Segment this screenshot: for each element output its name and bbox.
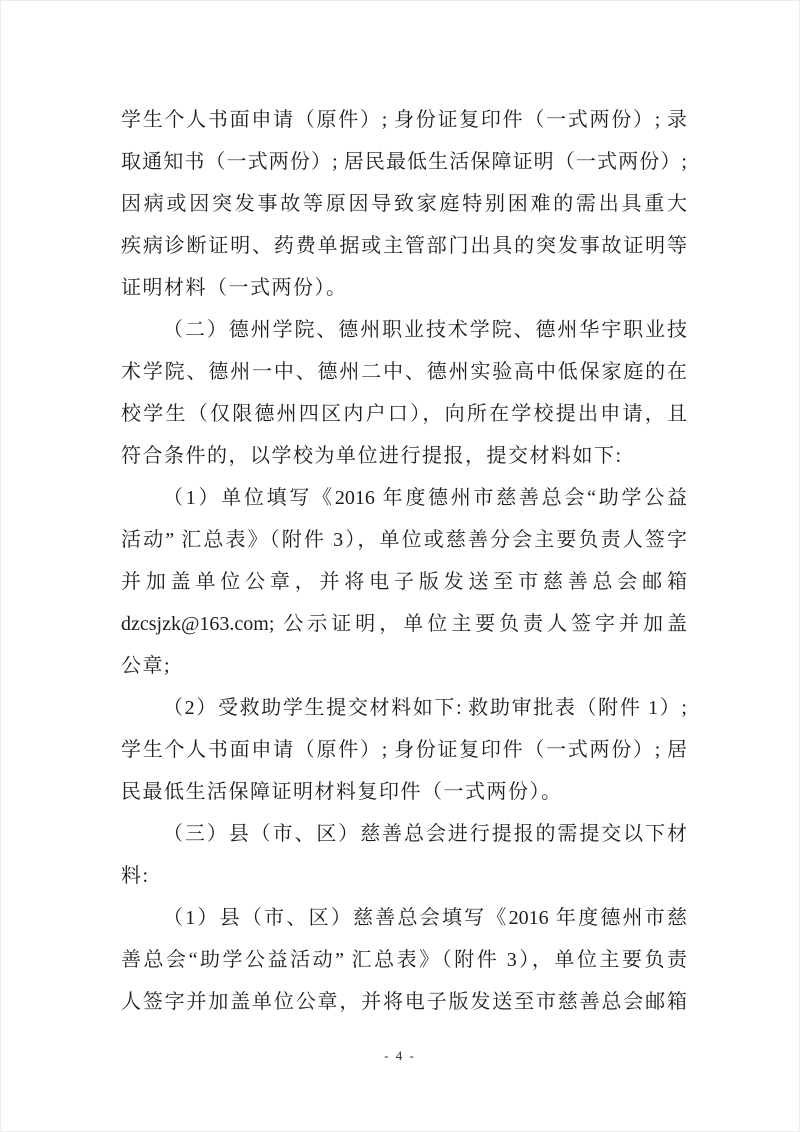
text-line: 善总会“助学公益活动” 汇总表》（附件 3），单位主要负责 xyxy=(121,939,687,981)
text-line: 活动” 汇总表》（附件 3），单位或慈善分会主要负责人签字 xyxy=(121,519,687,561)
text-line: 料: xyxy=(121,855,687,897)
text-line: 证明材料（一式两份）。 xyxy=(121,267,687,309)
text-line: 人签字并加盖单位公章，并将电子版发送至市慈善总会邮箱 xyxy=(121,981,687,1023)
document-page: 学生个人书面申请（原件）; 身份证复印件（一式两份）; 录取通知书（一式两份）;… xyxy=(0,0,800,1132)
text-line: 因病或因突发事故等原因导致家庭特别困难的需出具重大 xyxy=(121,183,687,225)
document-body: 学生个人书面申请（原件）; 身份证复印件（一式两份）; 录取通知书（一式两份）;… xyxy=(121,99,687,1023)
text-line: （二）德州学院、德州职业技术学院、德州华宇职业技 xyxy=(121,309,687,351)
text-line: （三）县（市、区）慈善总会进行提报的需提交以下材 xyxy=(121,813,687,855)
text-line: 民最低生活保障证明材料复印件（一式两份）。 xyxy=(121,771,687,813)
text-line: （1）县（市、区）慈善总会填写《2016 年度德州市慈 xyxy=(121,897,687,939)
text-line: dzcsjzk@163.com; 公示证明，单位主要负责人签字并加盖 xyxy=(121,603,687,645)
text-line: 疾病诊断证明、药费单据或主管部门出具的突发事故证明等 xyxy=(121,225,687,267)
text-line: 术学院、德州一中、德州二中、德州实验高中低保家庭的在 xyxy=(121,351,687,393)
text-line: （2）受救助学生提交材料如下: 救助审批表（附件 1）; xyxy=(121,687,687,729)
text-line: 公章; xyxy=(121,645,687,687)
text-line: 并加盖单位公章，并将电子版发送至市慈善总会邮箱 xyxy=(121,561,687,603)
text-line: 学生个人书面申请（原件）; 身份证复印件（一式两份）; 居 xyxy=(121,729,687,771)
text-line: 学生个人书面申请（原件）; 身份证复印件（一式两份）; 录 xyxy=(121,99,687,141)
text-line: 校学生（仅限德州四区内户口），向所在学校提出申请，且 xyxy=(121,393,687,435)
text-line: （1）单位填写《2016 年度德州市慈善总会“助学公益 xyxy=(121,477,687,519)
page-number: - 4 - xyxy=(0,1046,800,1066)
text-line: 取通知书（一式两份）; 居民最低生活保障证明（一式两份）; xyxy=(121,141,687,183)
text-line: 符合条件的，以学校为单位进行提报，提交材料如下: xyxy=(121,435,687,477)
